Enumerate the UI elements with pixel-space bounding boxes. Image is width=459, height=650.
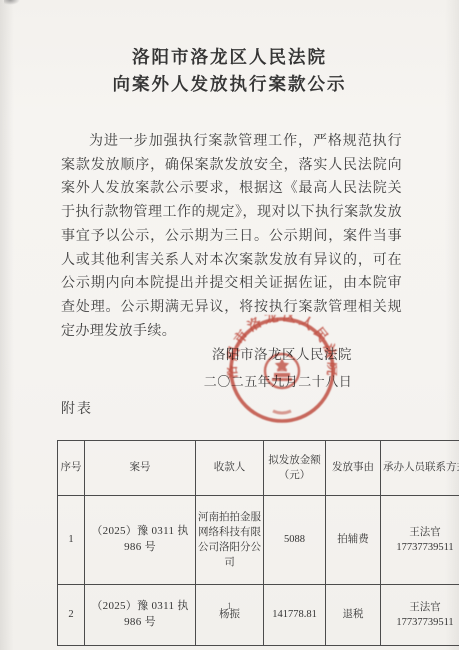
header-serial-no: 序号 (58, 441, 85, 496)
table-row: 1 （2025）豫 0311 执 986 号 河南拍拍金服网络科技有限公司洛阳分… (58, 496, 459, 585)
contact-officer-name: 王法官 (383, 525, 459, 540)
header-reason: 发放事由 (326, 441, 381, 496)
cell-serial-no: 2 (58, 585, 85, 646)
cell-case-no: （2025）豫 0311 执 986 号 (85, 496, 196, 585)
cell-serial-no: 1 (58, 496, 85, 585)
cell-reason: 拍辅费 (326, 496, 381, 585)
cell-case-no: （2025）豫 0311 执 986 号 (85, 585, 196, 646)
contact-phone: 17737739511 (383, 540, 459, 555)
cell-contact: 王法官 17737739511 (381, 496, 459, 585)
document-page: 洛阳市洛龙区人民法院 向案外人发放执行案款公示 为进一步加强执行案款管理工作，严… (0, 0, 459, 650)
header-contact: 承办人员联系方式 (381, 441, 459, 496)
header-amount: 拟发放金额（元） (264, 441, 326, 496)
document-title-line2: 向案外人发放执行案款公示 (0, 71, 459, 96)
cell-reason: 退税 (326, 585, 381, 646)
table-row: 2 （2025）豫 0311 执 986 号 杨振 141778.81 退税 王… (58, 585, 459, 646)
header-payee: 收款人 (196, 441, 264, 496)
header-case-no: 案号 (85, 441, 196, 496)
issue-date: 二〇二五年九月二十八日 (168, 371, 388, 390)
cell-amount: 141778.81 (264, 585, 326, 646)
cell-contact: 王法官 17737739511 (381, 585, 459, 646)
cell-amount: 5088 (264, 496, 326, 585)
table-header-row: 序号 案号 收款人 拟发放金额（元） 发放事由 承办人员联系方式 (58, 441, 459, 496)
cell-payee: 河南拍拍金服网络科技有限公司洛阳分公司 (196, 496, 264, 585)
scan-artifact (4, 0, 20, 5)
cell-payee: 杨振 (196, 585, 264, 646)
contact-phone: 17737739511 (383, 615, 459, 630)
issuer-signature: 洛阳市洛龙区人民法院 (172, 343, 392, 363)
document-title-line1: 洛阳市洛龙区人民法院 (0, 44, 459, 69)
attachment-table-label: 附表 (61, 398, 93, 418)
payout-table: 序号 案号 收款人 拟发放金额（元） 发放事由 承办人员联系方式 1 （2025… (57, 440, 459, 646)
page-number: 1 (0, 601, 459, 611)
notice-body-paragraph: 为进一步加强执行案款管理工作，严格规范执行案款发放顺序，确保案款发放安全，落实人… (61, 130, 402, 343)
